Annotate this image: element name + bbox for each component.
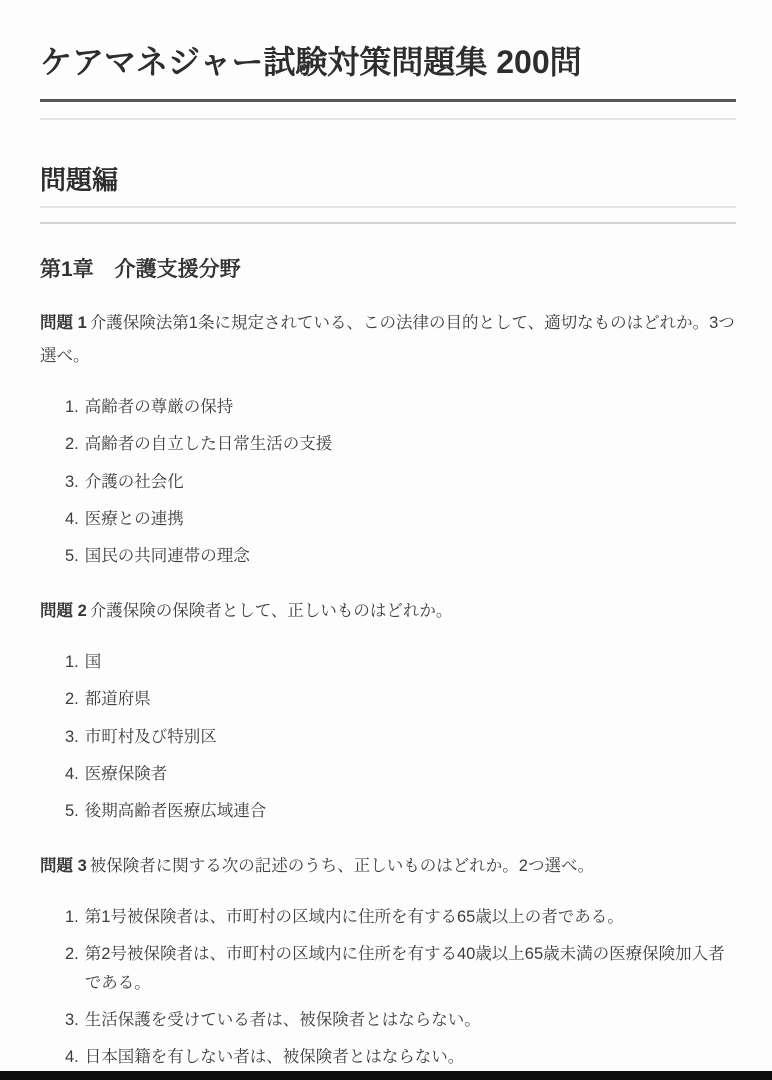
question-label: 問題 3 — [40, 857, 87, 875]
choice-text: 都道府県 — [85, 685, 736, 713]
choice-item: 4.日本国籍を有しない者は、被保険者とはならない。 — [65, 1043, 736, 1071]
choice-text: 生活保護を受けている者は、被保険者とはならない。 — [85, 1006, 736, 1034]
choice-text: 高齢者の尊厳の保持 — [85, 393, 736, 421]
question-paragraph: 問題 1介護保険法第1条に規定されている、この法律の目的として、適切なものはどれ… — [40, 307, 736, 371]
choice-number: 4. — [65, 1043, 79, 1071]
choice-item: 1.高齢者の尊厳の保持 — [65, 393, 736, 421]
choice-item: 3.生活保護を受けている者は、被保険者とはならない。 — [65, 1006, 736, 1034]
choice-text: 高齢者の自立した日常生活の支援 — [85, 430, 736, 458]
choice-list: 1.第1号被保険者は、市町村の区域内に住所を有する65歳以上の者である。2.第2… — [40, 903, 736, 1072]
document-page: ケアマネジャー試験対策問題集 200問 問題編 第1章 介護支援分野 問題 1介… — [0, 0, 772, 1080]
document-content: ケアマネジャー試験対策問題集 200問 問題編 第1章 介護支援分野 問題 1介… — [0, 0, 772, 1072]
choice-text: 国民の共同連帯の理念 — [85, 542, 736, 570]
choice-text: 医療との連携 — [85, 505, 736, 533]
choice-text: 日本国籍を有しない者は、被保険者とはならない。 — [85, 1043, 736, 1071]
section-heading: 問題編 — [40, 165, 736, 196]
choice-item: 1.第1号被保険者は、市町村の区域内に住所を有する65歳以上の者である。 — [65, 903, 736, 931]
choice-text: 後期高齢者医療広域連合 — [85, 797, 736, 825]
choice-number: 3. — [65, 723, 79, 751]
choice-item: 2.高齢者の自立した日常生活の支援 — [65, 430, 736, 458]
choice-number: 2. — [65, 685, 79, 713]
choice-item: 2.都道府県 — [65, 685, 736, 713]
question-label: 問題 2 — [40, 602, 87, 620]
choice-list: 1.国2.都道府県3.市町村及び特別区4.医療保険者5.後期高齢者医療広域連合 — [40, 648, 736, 826]
question-block: 問題 1介護保険法第1条に規定されている、この法律の目的として、適切なものはどれ… — [40, 307, 736, 570]
choice-text: 国 — [85, 648, 736, 676]
choice-number: 4. — [65, 505, 79, 533]
choice-number: 5. — [65, 797, 79, 825]
choice-text: 医療保険者 — [85, 760, 736, 788]
choice-item: 3.市町村及び特別区 — [65, 723, 736, 751]
choice-text: 第2号被保険者は、市町村の区域内に住所を有する40歳以上65歳未満の医療保険加入… — [85, 940, 736, 997]
question-text: 被保険者に関する次の記述のうち、正しいものはどれか。2つ選べ。 — [90, 857, 594, 875]
choice-number: 1. — [65, 648, 79, 676]
choice-item: 4.医療との連携 — [65, 505, 736, 533]
question-text: 介護保険法第1条に規定されている、この法律の目的として、適切なものはどれか。3つ… — [40, 314, 735, 364]
choice-item: 5.後期高齢者医療広域連合 — [65, 797, 736, 825]
choice-number: 2. — [65, 940, 79, 968]
question-text: 介護保険の保険者として、正しいものはどれか。 — [90, 602, 453, 620]
choice-item: 4.医療保険者 — [65, 760, 736, 788]
question-block: 問題 3被保険者に関する次の記述のうち、正しいものはどれか。2つ選べ。 1.第1… — [40, 850, 736, 1072]
title-divider-light — [40, 118, 736, 120]
choice-number: 3. — [65, 468, 79, 496]
choice-text: 介護の社会化 — [85, 468, 736, 496]
choice-number: 1. — [65, 393, 79, 421]
section-divider-bottom — [40, 222, 736, 224]
question-block: 問題 2介護保険の保険者として、正しいものはどれか。 1.国2.都道府県3.市町… — [40, 595, 736, 826]
question-label: 問題 1 — [40, 314, 87, 332]
chapter-heading: 第1章 介護支援分野 — [40, 256, 736, 283]
page-title: ケアマネジャー試験対策問題集 200問 — [40, 42, 736, 82]
questions: 問題 1介護保険法第1条に規定されている、この法律の目的として、適切なものはどれ… — [40, 307, 736, 1071]
choice-number: 5. — [65, 542, 79, 570]
section-divider-top — [40, 206, 736, 208]
choice-item: 1.国 — [65, 648, 736, 676]
choice-item: 3.介護の社会化 — [65, 468, 736, 496]
choice-number: 4. — [65, 760, 79, 788]
choice-number: 3. — [65, 1006, 79, 1034]
choice-text: 市町村及び特別区 — [85, 723, 736, 751]
question-paragraph: 問題 3被保険者に関する次の記述のうち、正しいものはどれか。2つ選べ。 — [40, 850, 736, 882]
choice-number: 1. — [65, 903, 79, 931]
choice-item: 5.国民の共同連帯の理念 — [65, 542, 736, 570]
choice-list: 1.高齢者の尊厳の保持2.高齢者の自立した日常生活の支援3.介護の社会化4.医療… — [40, 393, 736, 571]
choice-item: 2.第2号被保険者は、市町村の区域内に住所を有する40歳以上65歳未満の医療保険… — [65, 940, 736, 997]
question-paragraph: 問題 2介護保険の保険者として、正しいものはどれか。 — [40, 595, 736, 627]
choice-text: 第1号被保険者は、市町村の区域内に住所を有する65歳以上の者である。 — [85, 903, 736, 931]
title-divider-dark — [40, 99, 736, 102]
bottom-bar — [0, 1071, 772, 1080]
choice-number: 2. — [65, 430, 79, 458]
